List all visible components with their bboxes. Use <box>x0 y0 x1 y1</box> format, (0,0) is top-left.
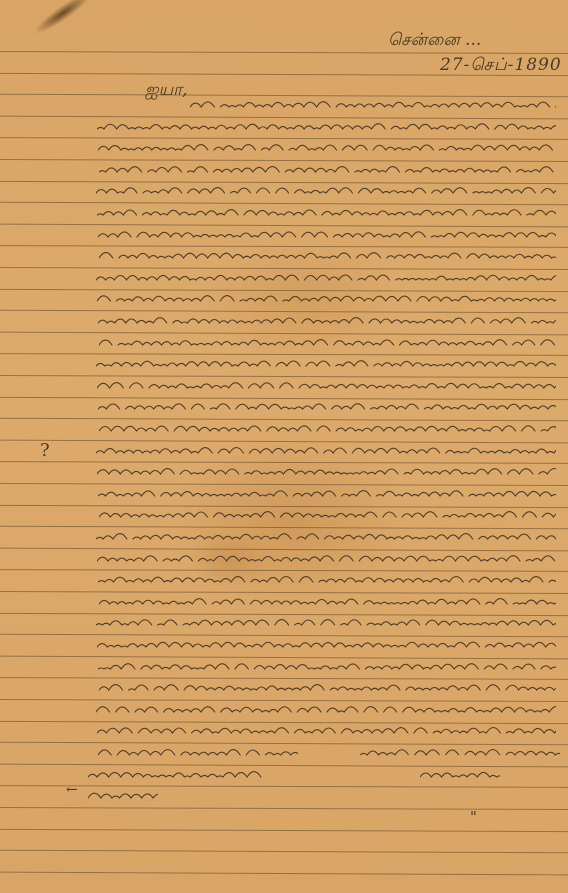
ruled-line <box>0 785 568 788</box>
handwritten-line <box>97 292 556 306</box>
handwritten-line <box>98 314 556 328</box>
handwritten-line <box>97 206 556 220</box>
ruled-line <box>0 829 568 832</box>
ink-stain <box>30 0 95 39</box>
handwritten-line <box>96 616 556 630</box>
handwritten-line <box>98 573 556 587</box>
ruled-line <box>0 202 568 206</box>
signature-line <box>360 746 560 760</box>
ruled-line <box>0 591 568 594</box>
ruled-line <box>0 742 568 746</box>
ruled-line <box>0 137 568 140</box>
ruled-line <box>0 569 568 572</box>
handwritten-line <box>99 681 556 695</box>
handwritten-line <box>96 703 556 717</box>
ruled-line <box>0 375 568 378</box>
handwritten-line <box>98 660 556 674</box>
ruled-line <box>0 267 568 270</box>
margin-arrow-icon: ← <box>66 782 78 798</box>
handwritten-line <box>88 789 158 803</box>
ruled-line <box>0 116 568 120</box>
handwritten-line <box>98 400 556 414</box>
handwritten-line <box>190 98 556 112</box>
handwritten-line <box>99 508 556 522</box>
handwritten-line <box>98 487 556 501</box>
handwritten-line <box>98 228 556 242</box>
handwritten-line <box>99 422 556 436</box>
letter-place-line: சென்னை ... <box>388 30 481 52</box>
handwritten-line <box>97 638 556 652</box>
handwritten-line <box>96 184 556 198</box>
ruled-line <box>0 440 568 444</box>
handwritten-line <box>96 530 556 544</box>
handwritten-line <box>97 120 556 134</box>
ruled-line <box>0 51 568 54</box>
handwritten-line <box>97 465 556 479</box>
letter-greeting: ஐயா, <box>145 80 188 102</box>
handwritten-line <box>96 444 556 458</box>
ruled-line <box>0 548 568 552</box>
handwritten-line <box>98 746 298 760</box>
handwritten-line <box>88 768 263 782</box>
handwritten-line <box>99 595 556 609</box>
ruled-line <box>0 353 568 356</box>
handwritten-line <box>97 552 556 566</box>
letter-date: 27-செப்-1890 <box>440 55 562 77</box>
handwritten-line <box>96 357 556 371</box>
ruled-line <box>0 850 568 854</box>
handwritten-line <box>96 271 556 285</box>
ruled-line <box>0 245 568 248</box>
signature-line <box>420 768 500 782</box>
ruled-line <box>0 677 568 680</box>
handwritten-line <box>99 249 556 263</box>
ruled-line <box>0 418 568 422</box>
ruled-line <box>0 656 568 660</box>
ruled-line <box>0 872 568 876</box>
ruled-line <box>0 764 568 768</box>
closing-quote-mark: " <box>470 808 477 826</box>
ruled-line <box>0 310 568 314</box>
handwritten-line <box>97 379 556 393</box>
ruled-line <box>0 483 568 486</box>
ruled-line <box>0 94 568 98</box>
ruled-line <box>0 224 568 228</box>
handwritten-line <box>99 336 556 350</box>
handwritten-line <box>98 141 556 155</box>
handwritten-line <box>97 724 556 738</box>
letter-page: சென்னை ... 27-செப்-1890 ஐயா, ? ← " <box>0 0 568 893</box>
ruled-line <box>0 634 568 638</box>
ruled-line <box>0 699 568 702</box>
ruled-line <box>0 159 568 162</box>
ruled-line <box>0 526 568 530</box>
handwritten-line <box>99 163 556 177</box>
ruled-line <box>0 332 568 336</box>
margin-question-mark: ? <box>40 440 50 461</box>
ruled-line <box>0 807 568 810</box>
ruled-line <box>0 461 568 464</box>
